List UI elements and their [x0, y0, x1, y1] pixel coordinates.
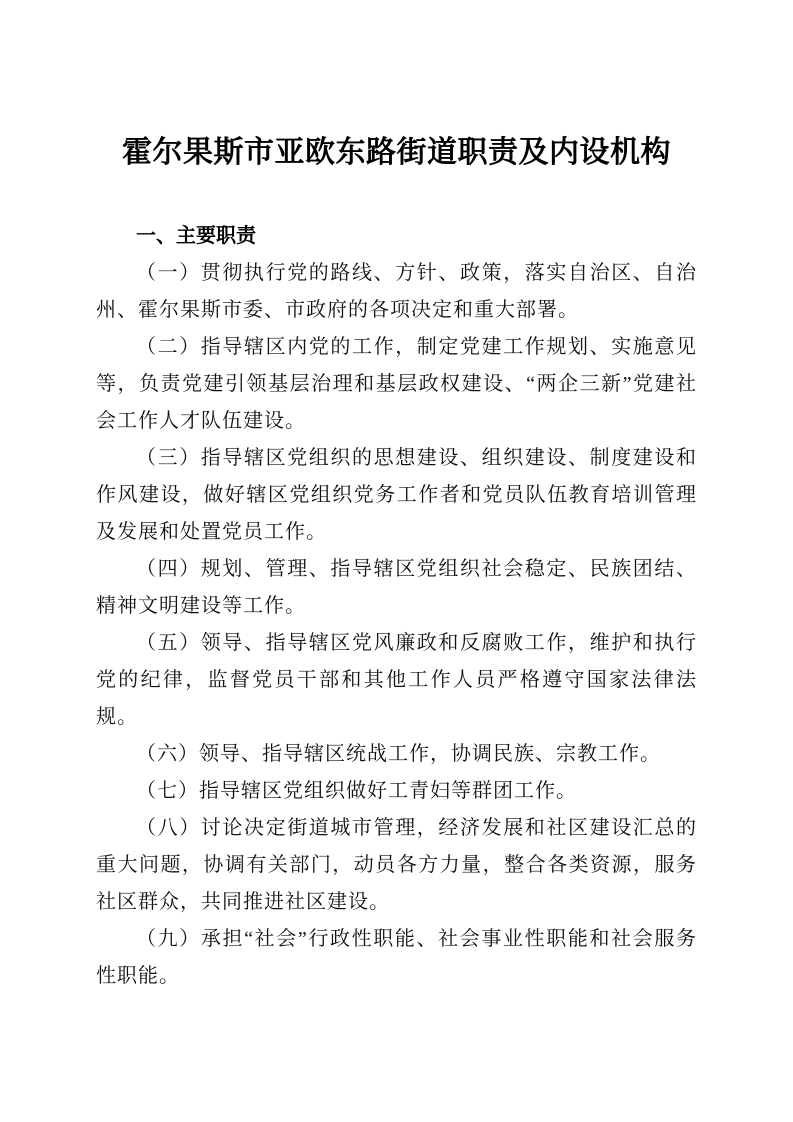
paragraph-8: （八）讨论决定街道城市管理，经济发展和社区建设汇总的重大问题，协调有关部门，动员… [96, 810, 697, 921]
paragraph-1: （一）贯彻执行党的路线、方针、政策，落实自治区、自治州、霍尔果斯市委、市政府的各… [96, 255, 697, 329]
section-heading-main-duties: 一、主要职责 [96, 218, 697, 255]
document-body: 一、主要职责 （一）贯彻执行党的路线、方针、政策，落实自治区、自治州、霍尔果斯市… [96, 218, 697, 995]
paragraph-9: （九）承担“社会”行政性职能、社会事业性职能和社会服务性职能。 [96, 921, 697, 995]
paragraph-3: （三）指导辖区党组织的思想建设、组织建设、制度建设和作风建设，做好辖区党组织党务… [96, 440, 697, 551]
paragraph-4: （四）规划、管理、指导辖区党组织社会稳定、民族团结、精神文明建设等工作。 [96, 551, 697, 625]
paragraph-7: （七）指导辖区党组织做好工青妇等群团工作。 [96, 773, 697, 810]
document-page: 霍尔果斯市亚欧东路街道职责及内设机构 一、主要职责 （一）贯彻执行党的路线、方针… [0, 0, 793, 1122]
paragraph-5: （五）领导、指导辖区党风廉政和反腐败工作，维护和执行党的纪律，监督党员干部和其他… [96, 625, 697, 736]
paragraph-6: （六）领导、指导辖区统战工作，协调民族、宗教工作。 [96, 736, 697, 773]
document-title: 霍尔果斯市亚欧东路街道职责及内设机构 [0, 0, 793, 176]
paragraph-2: （二）指导辖区内党的工作，制定党建工作规划、实施意见等，负责党建引领基层治理和基… [96, 329, 697, 440]
